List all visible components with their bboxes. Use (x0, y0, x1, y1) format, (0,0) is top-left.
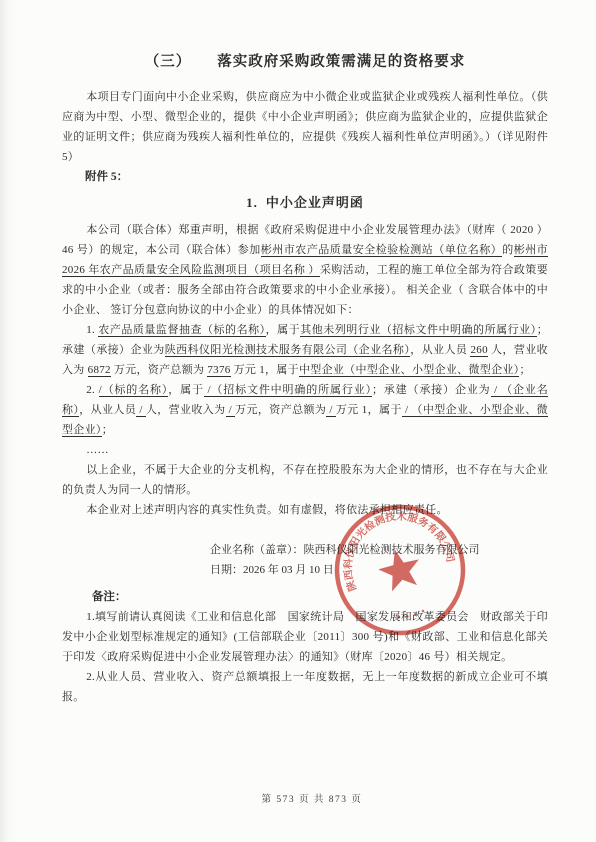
signature-company-line: 企业名称（盖章）：陕西科仪阳光检测技术服务有限公司 (210, 540, 548, 560)
intro-paragraph: 本项目专门面向中小企业采购，供应商应为中小微企业或监狱企业或残疾人福利性单位。（… (62, 87, 548, 167)
text-segment: / (326, 404, 336, 417)
document-page: （三）落实政府采购政策需满足的资格要求 本项目专门面向中小企业采购，供应商应为中… (0, 0, 596, 842)
signature-date-value: 2026 年 03 月 10 日 (243, 564, 334, 576)
text-segment: ，从业人员 (79, 404, 136, 416)
note-item-1: 1.填写前请认真阅读《工业和信息化部 国家统计局 国家发展和改革委员会 财政部关… (62, 607, 548, 667)
section-title: （三）落实政府采购政策需满足的资格要求 (62, 50, 548, 71)
statement1-paragraph: 以上企业，不属于大企业的分支机构，不存在控股股东为大企业的情形，也不存在与大企业… (62, 460, 548, 500)
signature-date-label: 日期： (210, 564, 243, 576)
letter-title-number: 1. (246, 195, 258, 210)
letter-title: 1.中小企业声明函 (62, 192, 548, 211)
notes-label: 备注： (62, 587, 548, 607)
letter-title-text: 中小企业声明函 (266, 195, 364, 210)
text-segment: ； (519, 364, 530, 376)
page-number-footer: 第 573 页 共 873 页 (14, 791, 596, 805)
signature-company-value: 陕西科仪阳光检测技术服务有限公司 (304, 544, 480, 556)
note-item-2: 2.从业人员、营业收入、资产总额填报上一年度数据，无上一年度数据的新成立企业可不… (62, 667, 548, 707)
text-segment: 万元，资产总额为 (235, 404, 326, 416)
text-segment: ，从业人员 (410, 344, 470, 356)
text-segment: ；承建（承接）企业为 (372, 384, 491, 396)
text-segment: / (136, 404, 146, 417)
text-segment: 陕西科仪阳光检测技术服务有限公司（企业名称） (165, 344, 411, 357)
text-segment: 中型企业（中型企业、小型企业、微型企业） (299, 364, 520, 377)
text-segment: 彬州市农产品质量安全检验检测站（单位名称） (261, 244, 502, 257)
text-segment: 农产品质量监督抽查（标的名称） (98, 324, 265, 337)
text-segment: 1. (86, 324, 98, 336)
text-segment: 2. (86, 384, 98, 396)
signature-block: 企业名称（盖章）：陕西科仪阳光检测技术服务有限公司 日期：2026 年 03 月… (210, 540, 548, 580)
text-segment: /（招标文件中明确的所属行业） (204, 384, 372, 397)
section-title-text: 落实政府采购政策需满足的资格要求 (217, 54, 465, 70)
statement2-paragraph: 本企业对上述声明内容的真实性负责。如有虚假，将依法承担相应责任。 (62, 500, 548, 520)
text-segment: 万元，资产总额为 (111, 364, 208, 376)
text-segment: 6872 (88, 364, 111, 377)
text-segment: ，属于 (168, 384, 204, 396)
declaration-paragraph: 本公司（联合体）郑重声明，根据《政府采购促进中小企业发展管理办法》（财库（ 20… (62, 220, 548, 320)
signature-company-label: 企业名称（盖章）： (210, 544, 304, 556)
signature-date-line: 日期：2026 年 03 月 10 日 (210, 560, 548, 580)
text-segment: ； (102, 424, 113, 436)
text-segment: 万元 1，属于 (231, 364, 299, 376)
attachment-label: 附件 5： (62, 167, 548, 188)
text-segment: 7376 (207, 364, 230, 377)
section-number: （三） (145, 54, 192, 70)
text-segment: 其他未列明行业（招标文件中明确的所属行业） (300, 324, 536, 337)
text-segment: ，属于 (266, 324, 301, 336)
text-segment: 的 (502, 244, 514, 256)
item2-paragraph: 2. /（标的名称），属于 /（招标文件中明确的所属行业）；承建（承接）企业为 … (62, 380, 548, 440)
item1-paragraph: 1. 农产品质量监督抽查（标的名称），属于其他未列明行业（招标文件中明确的所属行… (62, 320, 548, 380)
text-segment: 人，营业收入为 (146, 404, 226, 416)
ellipsis-line: …… (62, 440, 548, 460)
text-segment: 万元 1，属于 (336, 404, 402, 416)
text-segment: 260 (470, 344, 487, 357)
text-segment: /（标的名称） (99, 384, 169, 397)
text-segment: / (491, 384, 502, 397)
text-segment: / (226, 404, 236, 417)
